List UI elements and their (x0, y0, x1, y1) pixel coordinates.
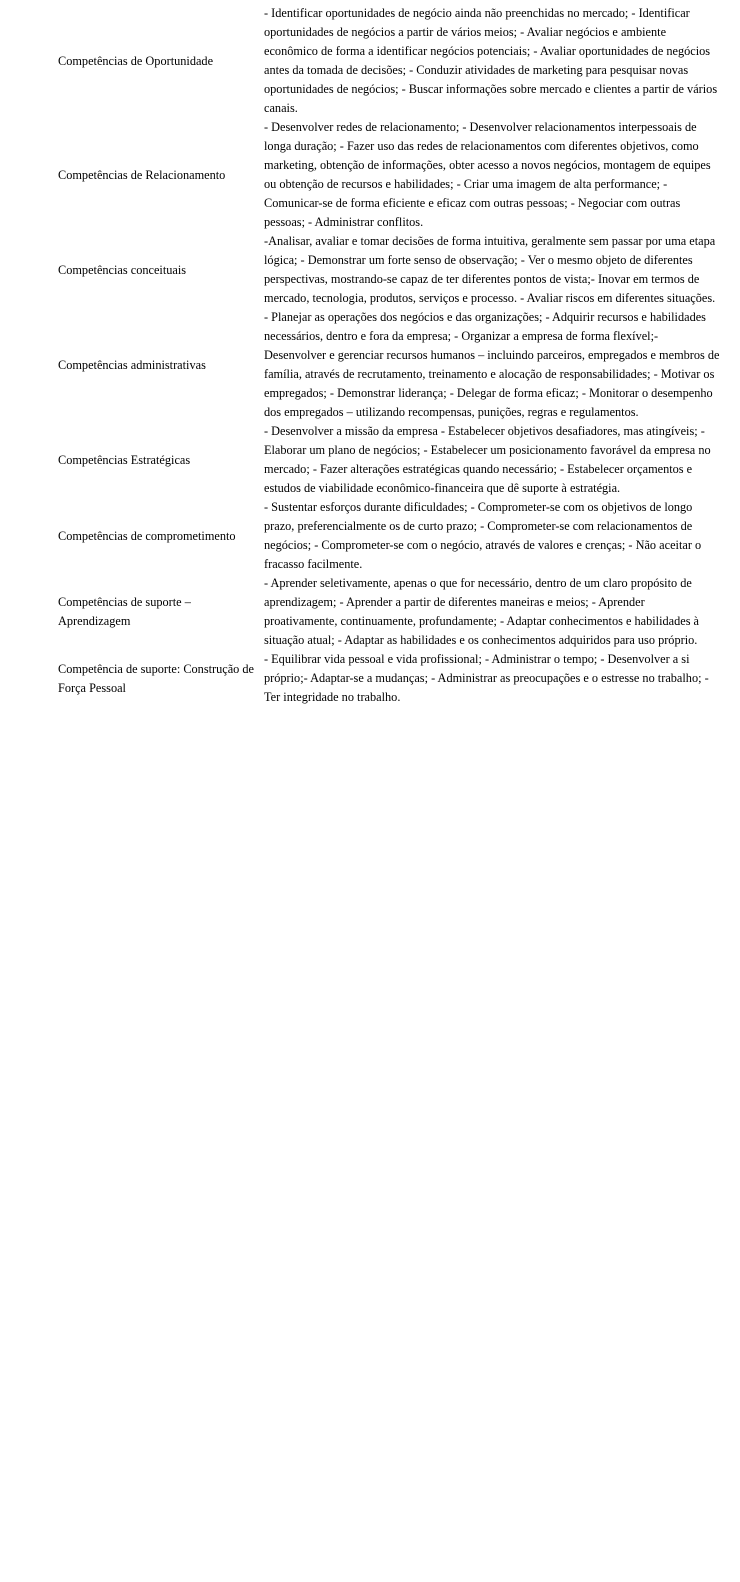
table-row: Competências Estratégicas - Desenvolver … (56, 422, 722, 498)
table-row: Competências de Oportunidade - Identific… (56, 4, 722, 118)
table-row: Competências de suporte – Aprendizagem -… (56, 574, 722, 650)
category-cell: Competências de suporte – Aprendizagem (56, 574, 262, 650)
description-cell: - Identificar oportunidades de negócio a… (262, 4, 722, 118)
competencies-table: Competências de Oportunidade - Identific… (56, 4, 722, 707)
description-cell: - Sustentar esforços durante dificuldade… (262, 498, 722, 574)
category-cell: Competência de suporte: Construção de Fo… (56, 650, 262, 707)
table-row: Competências conceituais -Analisar, aval… (56, 232, 722, 308)
category-cell: Competências conceituais (56, 232, 262, 308)
table-row: Competência de suporte: Construção de Fo… (56, 650, 722, 707)
description-cell: - Aprender seletivamente, apenas o que f… (262, 574, 722, 650)
description-cell: - Equilibrar vida pessoal e vida profiss… (262, 650, 722, 707)
description-cell: -Analisar, avaliar e tomar decisões de f… (262, 232, 722, 308)
table-row: Competências de comprometimento - Susten… (56, 498, 722, 574)
category-cell: Competências de Oportunidade (56, 4, 262, 118)
category-cell: Competências Estratégicas (56, 422, 262, 498)
table-row: Competências administrativas - Planejar … (56, 308, 722, 422)
description-cell: - Planejar as operações dos negócios e d… (262, 308, 722, 422)
category-cell: Competências administrativas (56, 308, 262, 422)
table-row: Competências de Relacionamento - Desenvo… (56, 118, 722, 232)
description-cell: - Desenvolver redes de relacionamento; -… (262, 118, 722, 232)
category-cell: Competências de Relacionamento (56, 118, 262, 232)
category-cell: Competências de comprometimento (56, 498, 262, 574)
description-cell: - Desenvolver a missão da empresa - Esta… (262, 422, 722, 498)
